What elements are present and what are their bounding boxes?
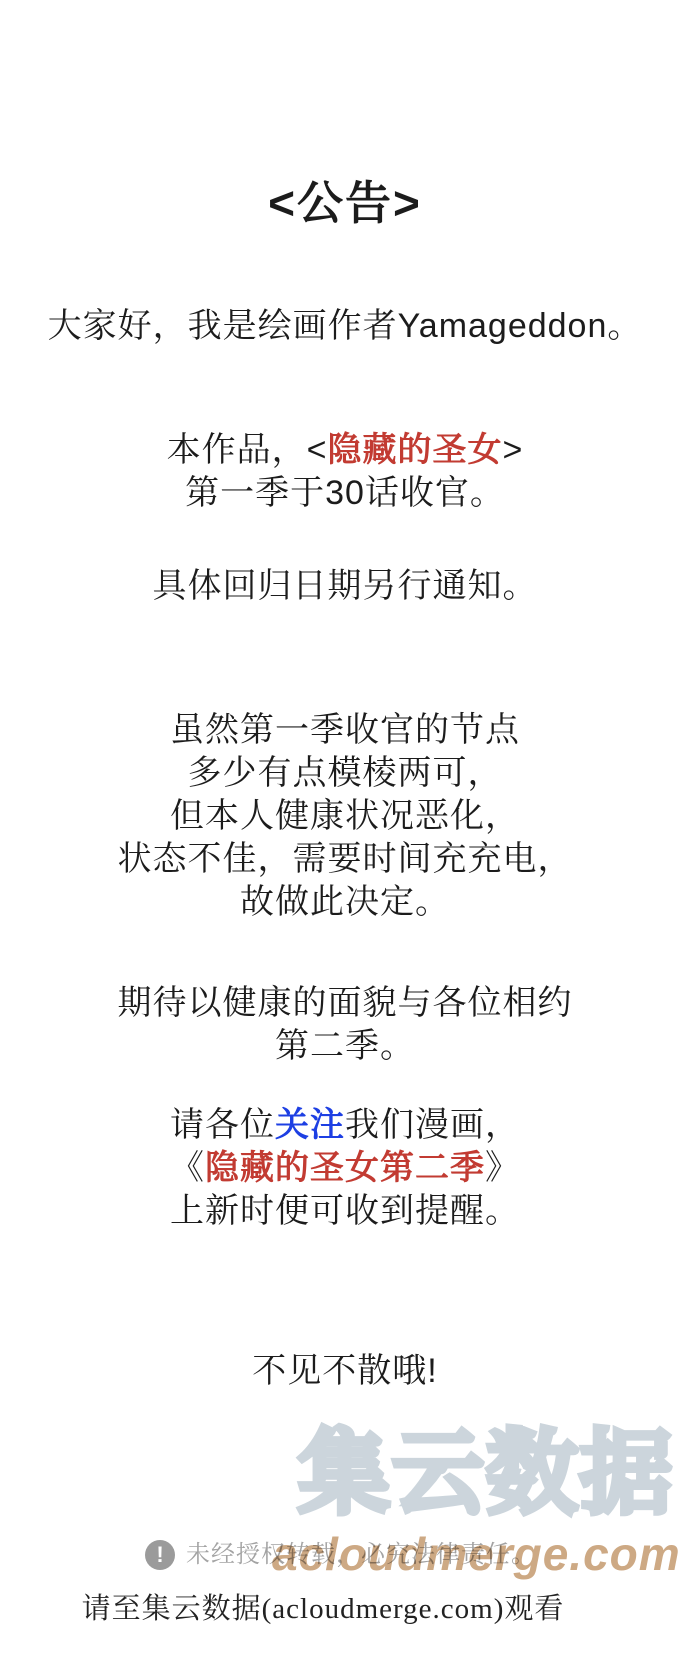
follow-line: 请各位关注我们漫画， <box>0 1104 690 1147</box>
season2-name-highlight: 隐藏的圣女第二季 <box>205 1149 485 1187</box>
greeting-text: 大家好，我是绘画作者Yamageddon。 <box>0 305 690 348</box>
season2-suffix: 》 <box>485 1149 520 1187</box>
follow-highlight: 关注 <box>275 1106 345 1144</box>
site-notice-text: 请至集云数据(acloudmerge.com)观看 <box>0 1589 668 1629</box>
reason-line: 虽然第一季收官的节点 <box>0 709 690 752</box>
season-finale-line: 第一季于30话收官。 <box>0 472 690 515</box>
farewell-line: 不见不散哦! <box>0 1350 690 1393</box>
work-finale-paragraph: 本作品，<隐藏的圣女> 第一季于30话收官。 <box>0 429 690 515</box>
reason-line: 故做此决定。 <box>0 881 690 924</box>
announcement-title: <公告> <box>0 177 690 229</box>
hope-line: 第二季。 <box>0 1025 690 1068</box>
reason-line: 多少有点模棱两可， <box>0 752 690 795</box>
work-intro-prefix: 本作品，< <box>167 431 328 469</box>
follow-suffix: 我们漫画， <box>345 1106 520 1144</box>
reason-line: 状态不佳，需要时间充充电， <box>0 838 690 881</box>
season2-prefix: 《 <box>170 1149 205 1187</box>
work-intro-line: 本作品，<隐藏的圣女> <box>0 429 690 472</box>
exclamation-icon: ! <box>145 1540 175 1570</box>
reminder-line: 上新时便可收到提醒。 <box>0 1190 690 1233</box>
work-intro-suffix: > <box>503 431 524 469</box>
site-url-watermark: acloudmerge.com <box>272 1528 681 1580</box>
site-watermark-text: 集云数据 <box>298 1428 674 1520</box>
season2-title-line: 《隐藏的圣女第二季》 <box>0 1147 690 1190</box>
reason-line: 但本人健康状况恶化， <box>0 795 690 838</box>
work-name-highlight: 隐藏的圣女 <box>328 431 503 469</box>
follow-paragraph: 请各位关注我们漫画， 《隐藏的圣女第二季》 上新时便可收到提醒。 <box>0 1104 690 1233</box>
hope-line: 期待以健康的面貌与各位相约 <box>0 982 690 1025</box>
announcement-page: <公告> 大家好，我是绘画作者Yamageddon。 本作品，<隐藏的圣女> 第… <box>0 0 690 1660</box>
follow-prefix: 请各位 <box>170 1106 275 1144</box>
reason-paragraph: 虽然第一季收官的节点 多少有点模棱两可， 但本人健康状况恶化， 状态不佳，需要时… <box>0 709 690 924</box>
return-notice-line: 具体回归日期另行通知。 <box>0 565 690 608</box>
hope-paragraph: 期待以健康的面貌与各位相约 第二季。 <box>0 982 690 1068</box>
